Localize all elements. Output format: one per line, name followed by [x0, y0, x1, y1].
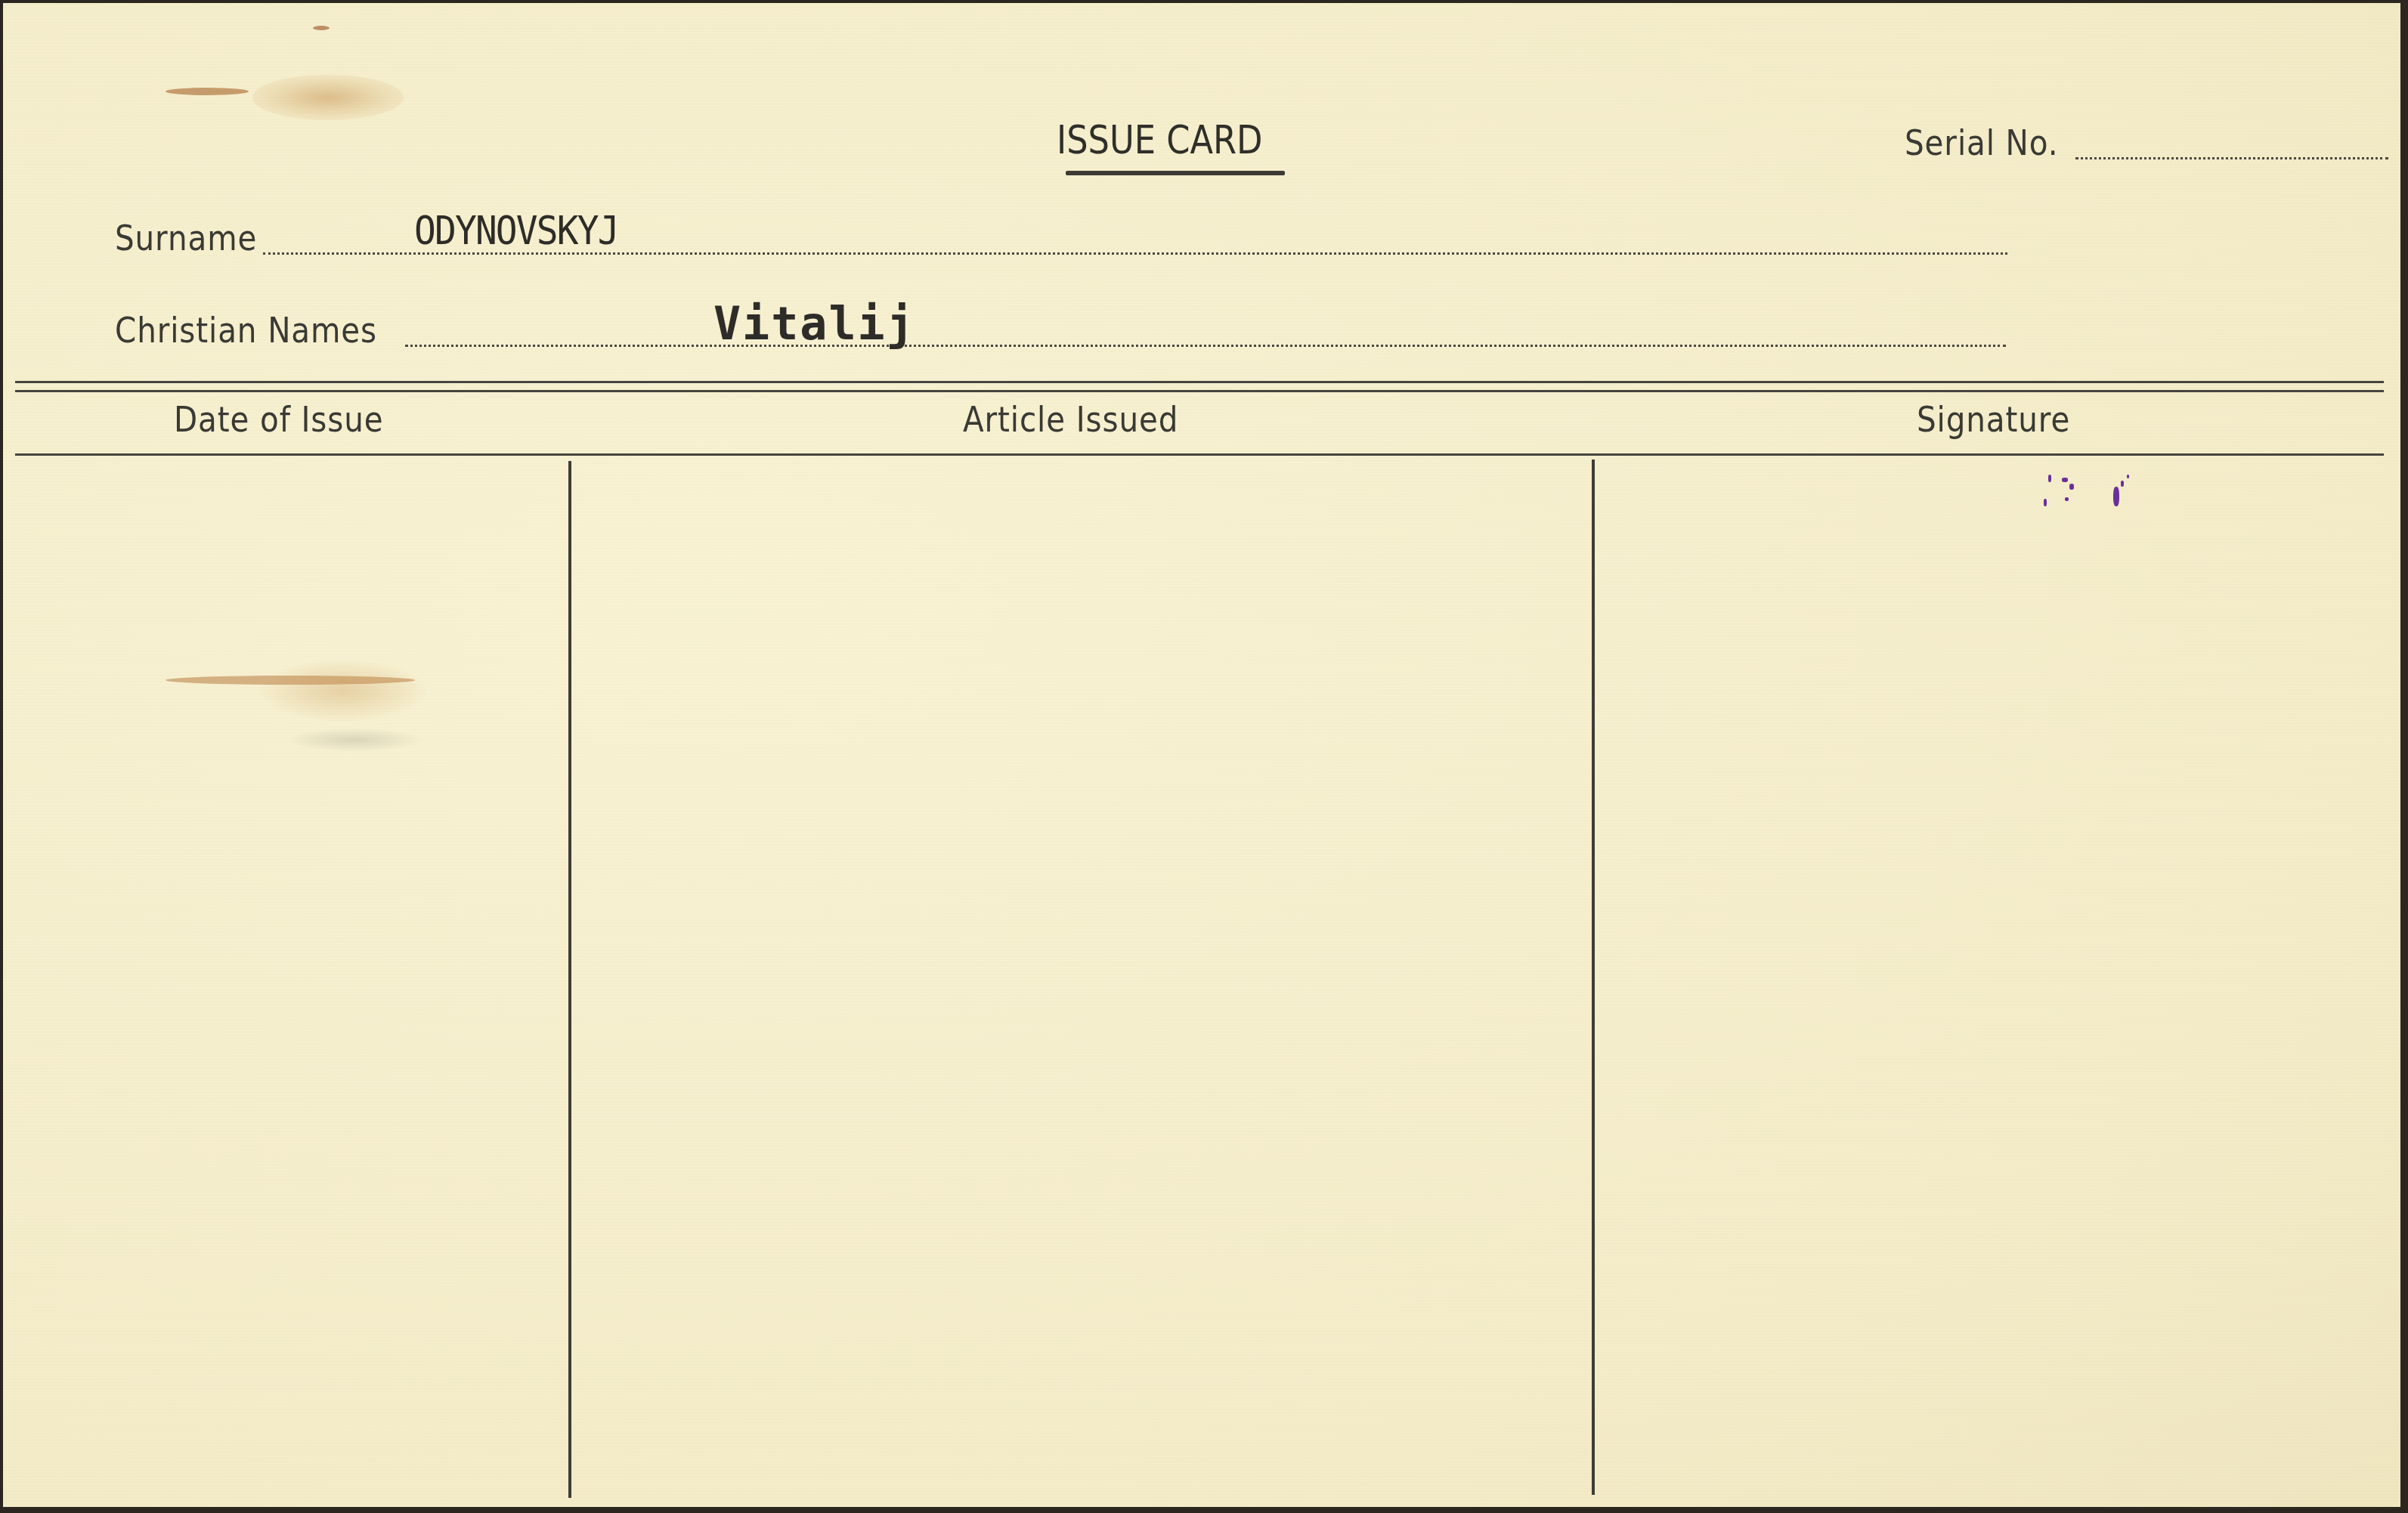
column-header-date-of-issue: Date of Issue: [174, 399, 384, 440]
signature-column[interactable]: [1596, 461, 2384, 1496]
card-title: ISSUE CARD: [1057, 118, 1262, 163]
issue-card: ISSUE CARD Serial No. Surname ODYNOVSKYJ…: [3, 3, 2400, 1507]
rust-stain: [252, 75, 404, 120]
christian-names-value[interactable]: Vitalij: [713, 298, 915, 351]
date-of-issue-column[interactable]: [15, 461, 567, 1496]
article-issued-column[interactable]: [573, 461, 1590, 1496]
column-divider-2: [1592, 459, 1595, 1495]
serial-field[interactable]: [2075, 157, 2388, 159]
column-header-signature: Signature: [1917, 399, 2070, 440]
serial-label: Serial No.: [1905, 122, 2058, 163]
christian-names-field-line: [405, 345, 2006, 347]
surname-value[interactable]: ODYNOVSKYJ: [414, 209, 618, 254]
header-bottom-rule: [15, 453, 2384, 456]
rust-stain: [313, 26, 330, 30]
column-header-article-issued: Article Issued: [963, 399, 1178, 440]
title-underline: [1066, 171, 1285, 175]
christian-names-label: Christian Names: [115, 310, 377, 351]
column-divider-1: [568, 461, 571, 1498]
rust-stain: [166, 88, 249, 95]
header-top-rule-2: [15, 390, 2384, 392]
surname-label: Surname: [115, 218, 257, 258]
header-top-rule-1: [15, 381, 2384, 383]
